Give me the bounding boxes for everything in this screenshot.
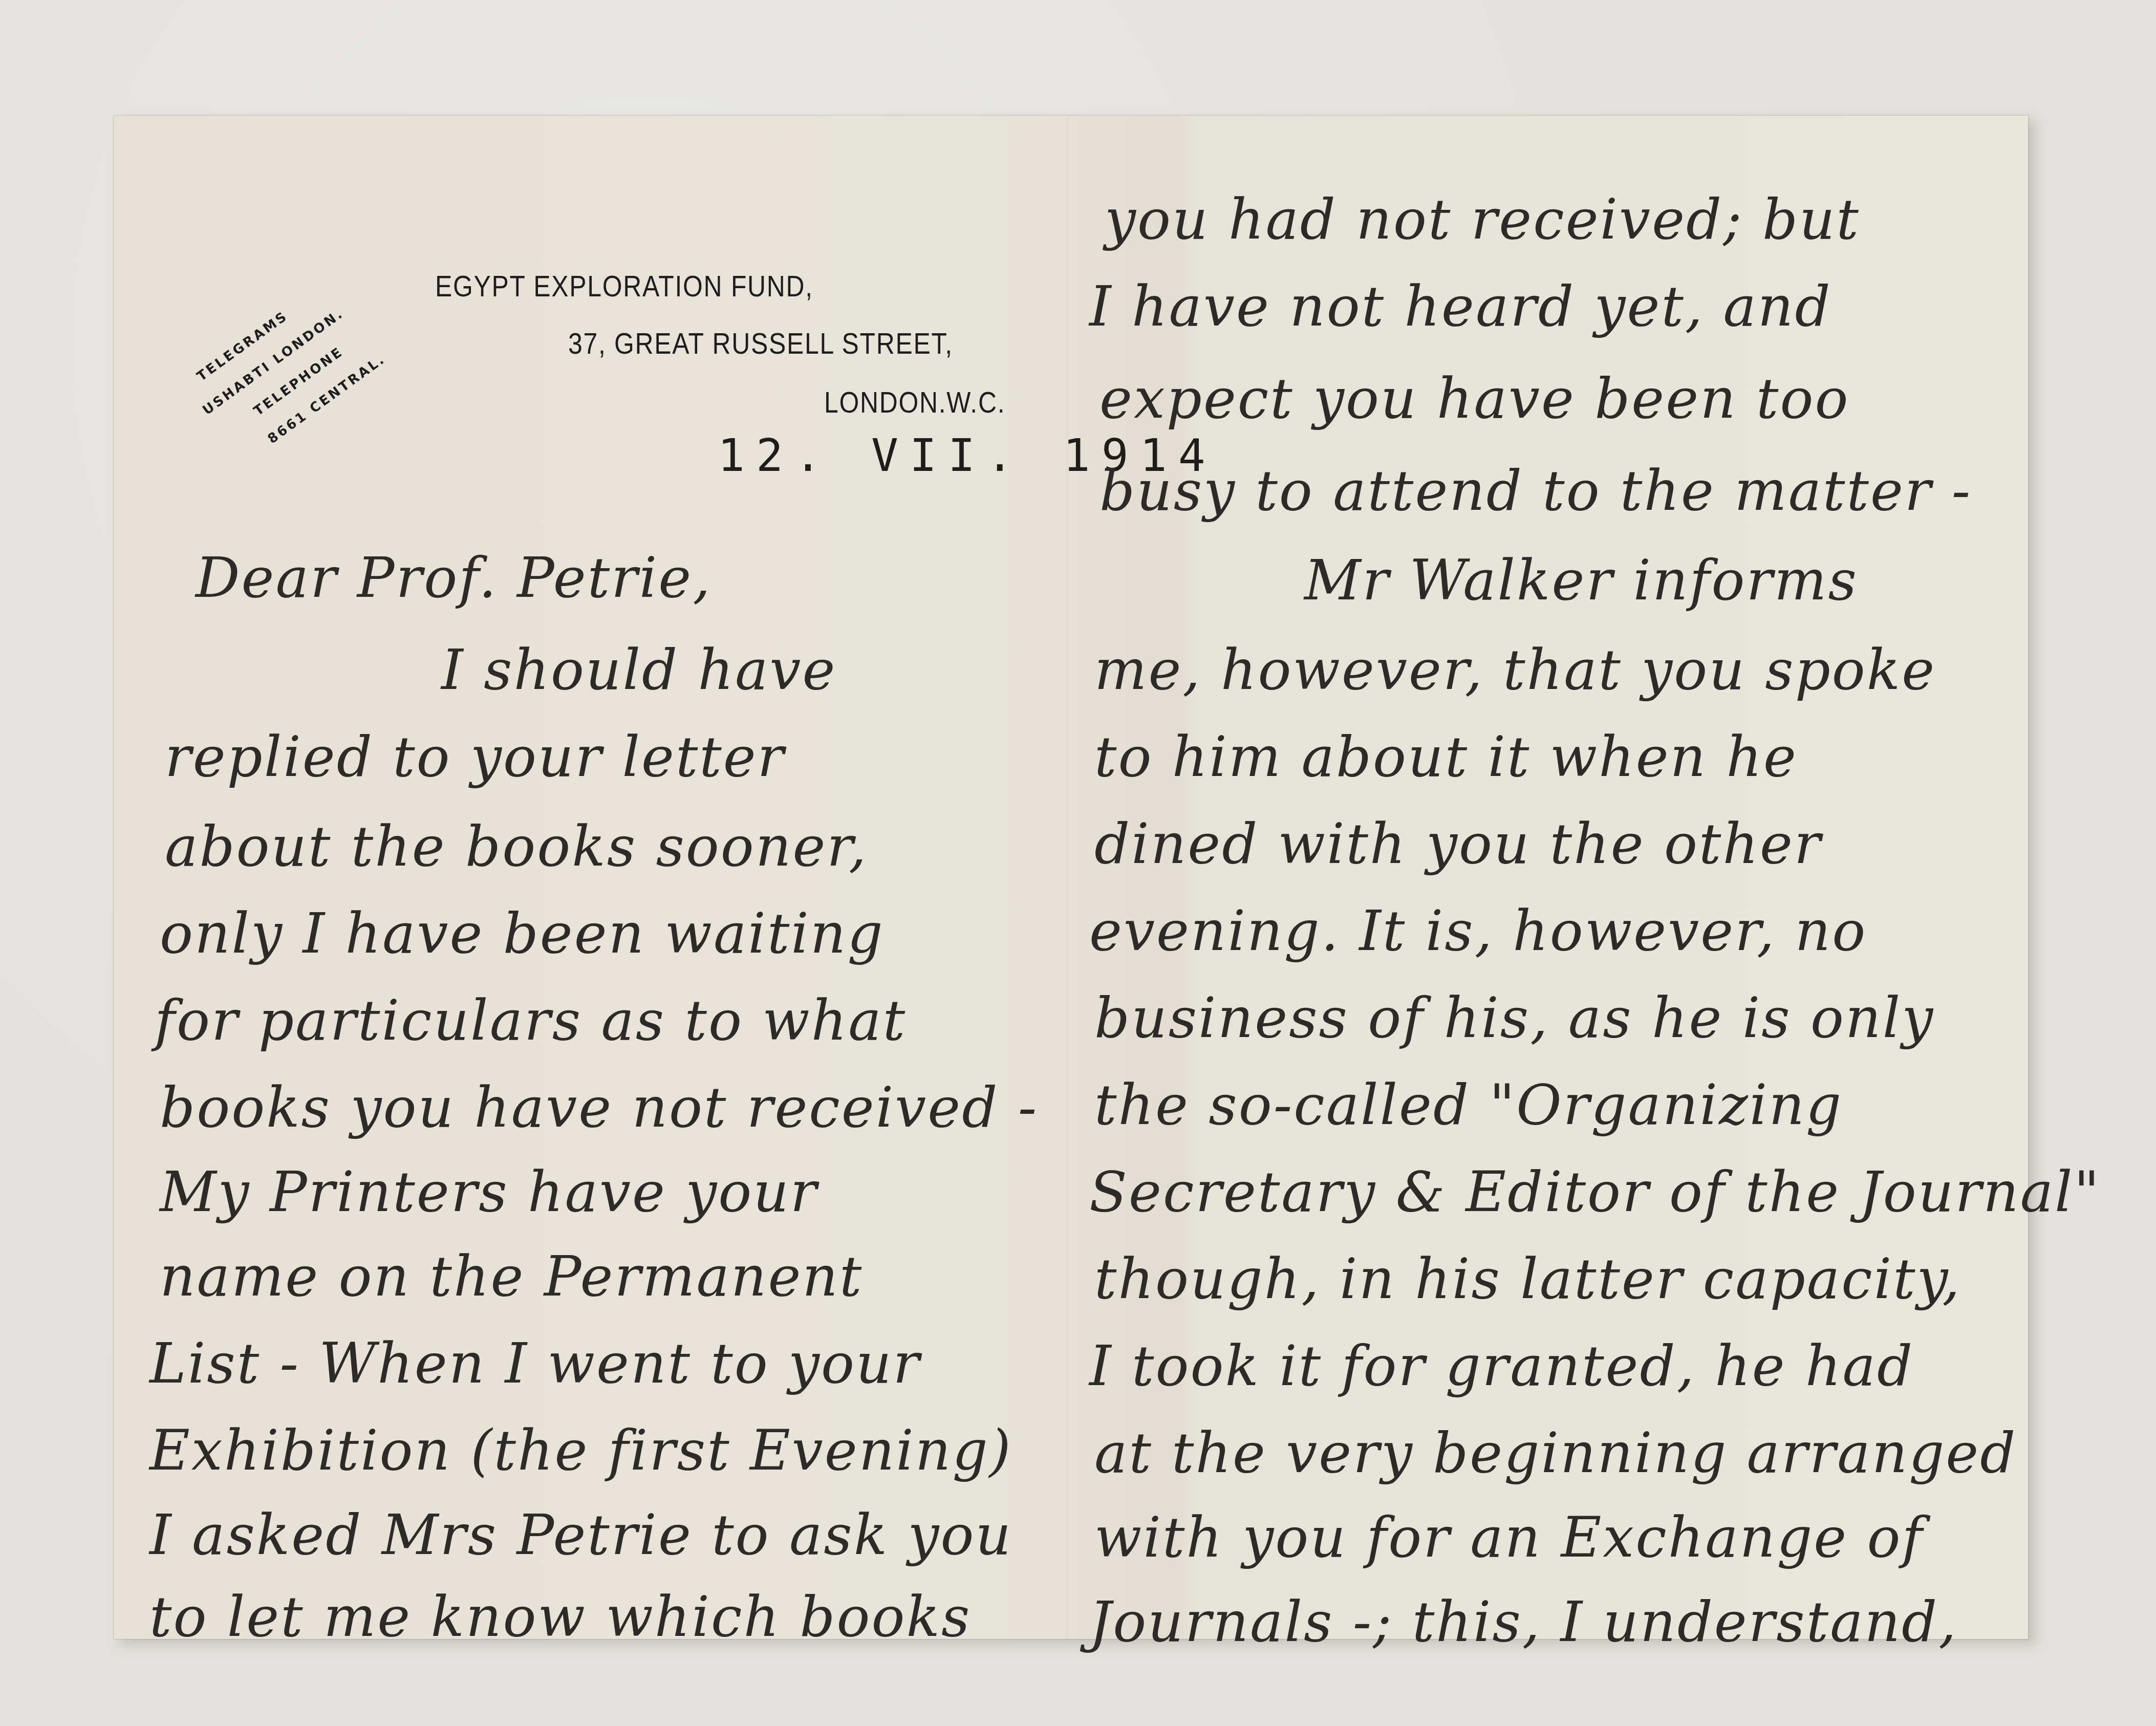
body-line: expect you have been too [1099,372,1850,427]
letterhead-street: 37, GREAT RUSSELL STREET, [568,327,953,361]
body-line: for particulars as to what [155,994,907,1049]
letterhead-organization: EGYPT EXPLORATION FUND, [435,269,813,304]
body-line: Journals -; this, I understand, [1089,1595,1958,1650]
right-page: you had not received; but I have not hea… [1069,116,2028,1639]
body-line: books you have not received - [160,1081,1038,1136]
body-line: I took it for granted, he had [1089,1339,1914,1394]
left-page: TELEGRAMS USHABTI LONDON. TELEPHONE 8661… [114,116,1067,1639]
body-line: with you for an Exchange of [1094,1511,1924,1566]
body-line: name on the Permanent [160,1249,863,1305]
body-line: My Printers have your [160,1165,818,1220]
body-line: though, in his latter capacity, [1094,1252,1961,1307]
telegrams-label: TELEGRAMS [195,308,291,384]
body-line: dined with you the other [1094,817,1822,872]
body-line: I should have [441,643,836,698]
body-line: the so-called "Organizing [1094,1078,1843,1133]
body-line: about the books sooner, [165,819,868,875]
body-line: at the very beginning arranged [1094,1426,2017,1481]
letterhead-contact-block: TELEGRAMS USHABTI LONDON. TELEPHONE 8661… [153,220,452,492]
body-line: Mr Walker informs [1304,553,1858,609]
body-line: only I have been waiting [160,907,885,962]
body-line: I have not heard yet, and [1089,279,1832,335]
body-line: me, however, that you spoke [1094,643,1936,698]
letterhead-city: LONDON.W.C. [824,385,1005,420]
body-line: busy to attend to the matter - [1099,464,1972,519]
letter-sheet: TELEGRAMS USHABTI LONDON. TELEPHONE 8661… [114,116,2028,1639]
body-line: business of his, as he is only [1094,991,1934,1046]
body-line: List - When I went to your [149,1336,921,1392]
body-line: Secretary & Editor of the Journal" [1089,1165,2101,1220]
body-line: to let me know which books [149,1590,971,1645]
body-line: I asked Mrs Petrie to ask you [149,1508,1012,1563]
body-line: evening. It is, however, no [1089,904,1867,959]
salutation: Dear Prof. Petrie, [196,551,712,606]
body-line: to him about it when he [1094,730,1798,785]
body-line: you had not received; but [1105,192,1860,248]
body-line: Exhibition (the first Evening) [149,1423,1012,1479]
telephone-label: TELEPHONE [251,344,346,419]
body-line: replied to your letter [165,730,785,785]
